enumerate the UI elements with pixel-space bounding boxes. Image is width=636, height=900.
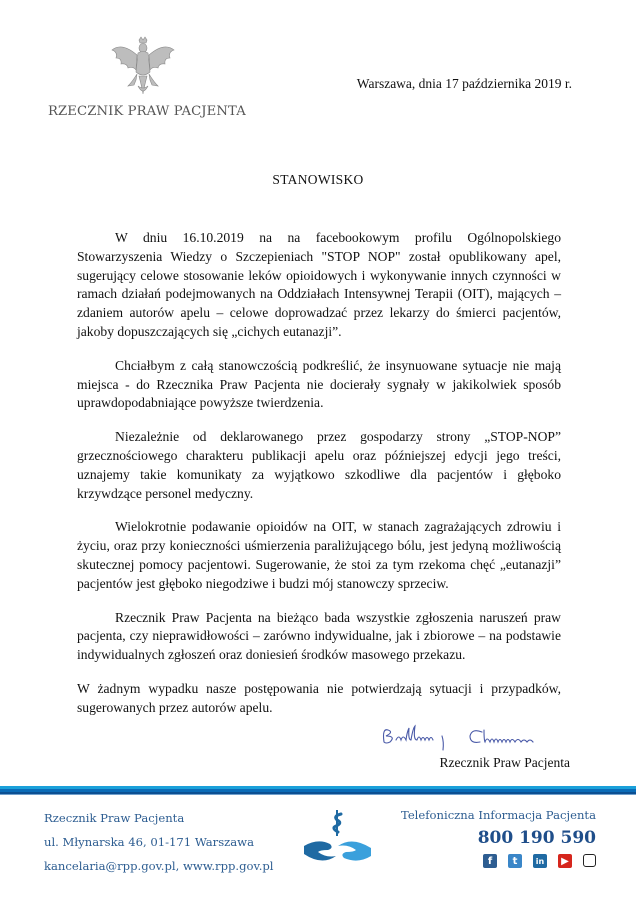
handwritten-signature xyxy=(378,722,578,752)
instagram-icon[interactable] xyxy=(583,854,596,867)
footer-address: ul. Młynarska 46, 01-171 Warszawa xyxy=(44,830,274,854)
footer-org-name: Rzecznik Praw Pacjenta xyxy=(44,806,274,830)
document-title: STANOWISKO xyxy=(0,172,636,188)
header-logo: RZECZNIK PRAW PACJENTA xyxy=(48,36,238,119)
signature-role: Rzecznik Praw Pacjenta xyxy=(440,755,570,771)
twitter-icon[interactable]: t xyxy=(508,854,522,868)
social-links: f t in ▶ xyxy=(401,854,596,868)
paragraph: Chciałbym z całą stanowczością podkreśli… xyxy=(77,357,561,413)
linkedin-icon[interactable]: in xyxy=(533,854,547,868)
document-body: W dniu 16.10.2019 na na facebookowym pro… xyxy=(77,229,561,718)
hotline-phone-number[interactable]: 800 190 590 xyxy=(401,827,596,849)
paragraph: Rzecznik Praw Pacjenta na bieżąco bada w… xyxy=(77,609,561,665)
polish-eagle-emblem-icon xyxy=(108,36,178,98)
paragraph: Wielokrotnie podawanie opioidów na OIT, … xyxy=(77,518,561,593)
organization-name: RZECZNIK PRAW PACJENTA xyxy=(48,104,238,119)
paragraph: W żadnym wypadku nasze postępowania nie … xyxy=(77,680,561,718)
footer-contact: Rzecznik Praw Pacjenta ul. Młynarska 46,… xyxy=(44,806,274,878)
rpp-hands-logo-icon xyxy=(300,806,375,868)
footer-hotline: Telefoniczna Informacja Pacjenta 800 190… xyxy=(401,806,596,868)
footer-email-website[interactable]: kancelaria@rpp.gov.pl, www.rpp.gov.pl xyxy=(44,854,274,878)
paragraph: W dniu 16.10.2019 na na facebookowym pro… xyxy=(77,229,561,342)
date-line: Warszawa, dnia 17 października 2019 r. xyxy=(357,76,572,92)
facebook-icon[interactable]: f xyxy=(483,854,497,868)
hotline-label: Telefoniczna Informacja Pacjenta xyxy=(401,806,596,824)
youtube-icon[interactable]: ▶ xyxy=(558,854,572,868)
paragraph: Niezależnie od deklarowanego przez gospo… xyxy=(77,428,561,503)
footer-divider-stripe xyxy=(0,786,636,796)
